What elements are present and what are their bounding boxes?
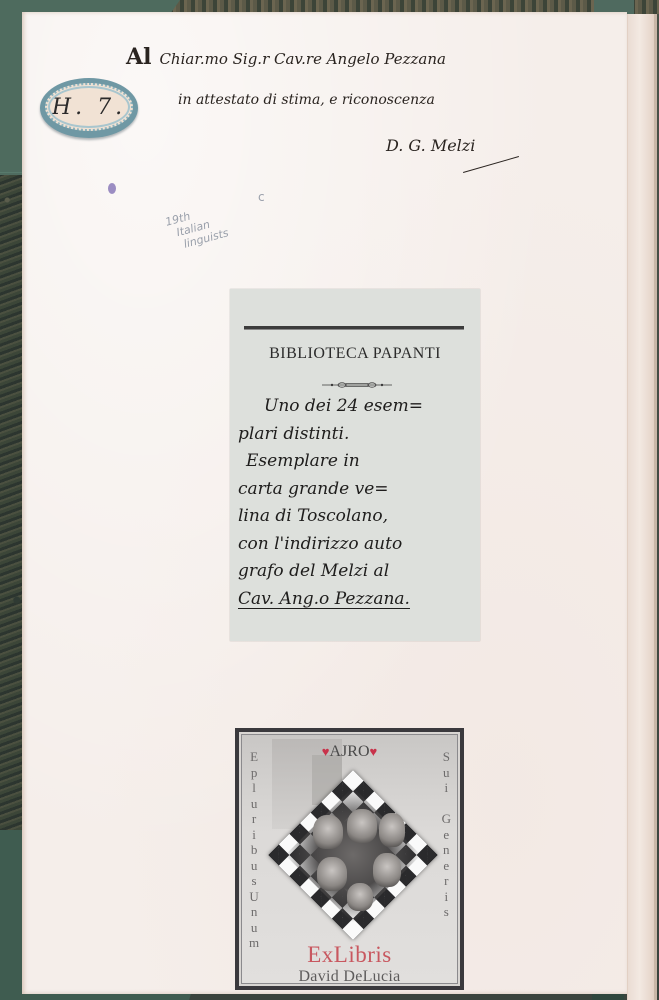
motto-right-vertical: Sui Generis <box>442 749 451 920</box>
slip-note-line: Esemplare in <box>238 448 476 476</box>
shelfmark-text: H. 7. <box>52 95 126 120</box>
portrait-face <box>347 883 373 911</box>
ornamental-rule-icon <box>322 382 392 388</box>
portrait-face <box>347 809 377 843</box>
slip-handwritten-note: Uno dei 24 esem= plari distinti. Esempla… <box>238 393 476 613</box>
dedication-line-1: AlChiar.mo Sig.r Cav.re Angelo Pezzana <box>126 44 446 70</box>
portrait-face <box>379 813 405 847</box>
motto-left-vertical: EpluribusUnum <box>249 749 259 951</box>
heart-icon: ♥ <box>370 744 378 759</box>
bookplate-title: ExLibris <box>242 942 457 968</box>
exlibris-bookplate: ♥AJRO♥ EpluribusUnum Sui Generis ExLibri… <box>235 728 464 990</box>
portrait-face <box>373 853 401 887</box>
slip-note-line: plari distinti. <box>238 421 476 449</box>
bookplate-owner: David DeLucia <box>242 968 457 986</box>
ink-spot <box>108 183 116 194</box>
page-block-edge <box>627 14 657 1000</box>
slip-note-line: grafo del Melzi al <box>238 558 476 586</box>
bookplate-monogram: AJRO <box>329 743 369 760</box>
slip-title: BIBLIOTECA PAPANTI <box>230 345 480 363</box>
bookplate-top-label: ♥AJRO♥ <box>242 743 457 761</box>
portrait-face <box>313 815 343 849</box>
slip-note-line: Cav. Ang.o Pezzana. <box>238 586 476 614</box>
dedication-initial: Al <box>126 44 151 70</box>
shelfmark-label-inner: H. 7. <box>45 83 133 131</box>
chessboard-diamond <box>269 771 437 939</box>
book-endpaper-scene: H. 7. AlChiar.mo Sig.r Cav.re Angelo Pez… <box>0 0 659 1000</box>
pencil-mark: c <box>258 190 265 204</box>
dedication-recipient: Chiar.mo Sig.r Cav.re Angelo Pezzana <box>159 50 446 68</box>
dedication-line-2: in attestato di stima, e riconoscenza <box>178 92 435 108</box>
shelfmark-label: H. 7. <box>40 78 138 138</box>
portrait-face <box>317 857 347 891</box>
slip-note-line: Uno dei 24 esem= <box>238 393 476 421</box>
dedication-signature: D. G. Melzi <box>386 136 475 155</box>
slip-top-rule <box>244 326 464 330</box>
slip-note-line: carta grande ve= <box>238 476 476 504</box>
slip-note-line: con l'indirizzo auto <box>238 531 476 559</box>
library-slip: BIBLIOTECA PAPANTI Uno dei 24 esem= plar… <box>230 289 480 641</box>
slip-note-line: lina di Toscolano, <box>238 503 476 531</box>
bookplate-inner-frame: ♥AJRO♥ EpluribusUnum Sui Generis ExLibri… <box>241 734 458 984</box>
